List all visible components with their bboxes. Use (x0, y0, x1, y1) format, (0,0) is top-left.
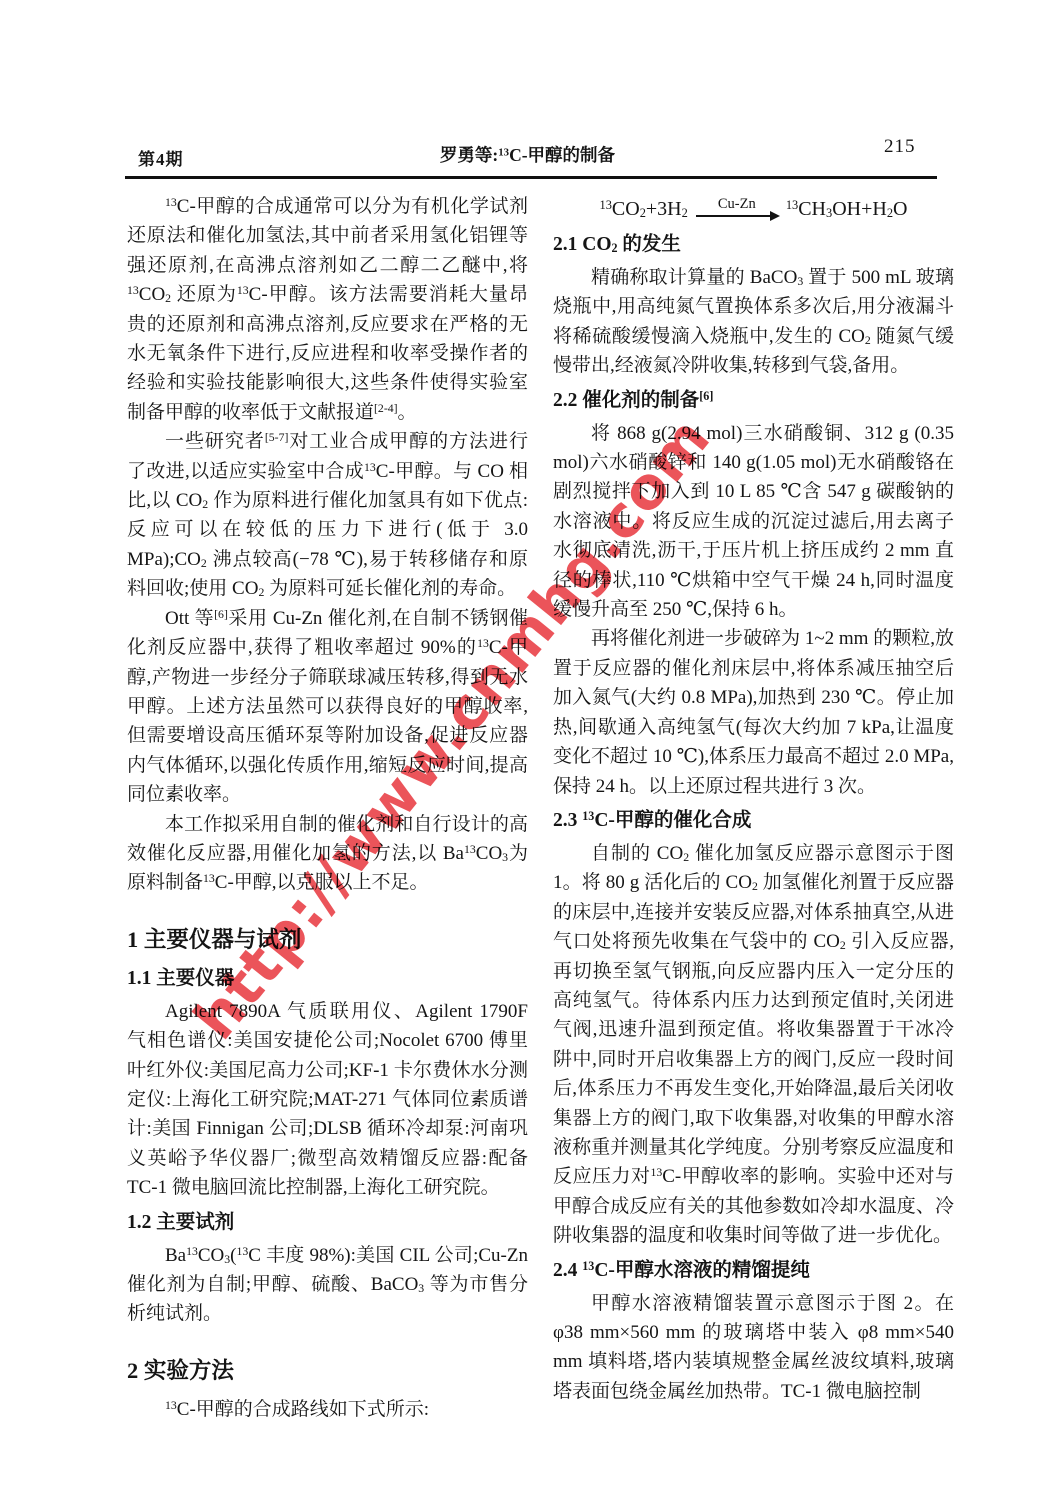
intro-paragraph-co2-advantages: 一些研究者[5-7]对工业合成甲醇的方法进行了改进,以适应实验室中合成13C-甲… (127, 427, 528, 603)
subsection-heading-distillation-purification: 2.4 13C-甲醇水溶液的精馏提纯 (553, 1256, 954, 1286)
subsection-heading-main-instruments: 1.1 主要仪器 (127, 964, 528, 994)
paragraph-instrument-list: Agilent 7890A 气质联用仪、Agilent 1790F 气相色谱仪:… (127, 997, 528, 1203)
equation-rhs: 13CH3OH+H2O (786, 196, 908, 222)
paragraph-catalytic-synthesis: 自制的 CO2 催化加氢反应器示意图示于图 1。将 80 g 活化后的 CO2 … (553, 839, 954, 1251)
right-column: 13CO2+3H2 Cu-Zn 13CH3OH+H2O 2.1 CO2 的发生 … (553, 192, 954, 1406)
reaction-arrow: Cu-Zn (696, 197, 778, 217)
intro-paragraph-this-work: 本工作拟采用自制的催化剂和自行设计的高效催化反应器,用催化加氢的方法,以 Ba1… (127, 810, 528, 898)
arrow-icon (696, 215, 778, 217)
paragraph-catalyst-reduction: 再将催化剂进一步破碎为 1~2 mm 的颗粒,放置于反应器的催化剂床层中,将体系… (553, 624, 954, 800)
intro-paragraph-ott-method: Ott 等[6]采用 Cu-Zn 催化剂,在自制不锈钢催化剂反应器中,获得了粗收… (127, 604, 528, 810)
reaction-equation: 13CO2+3H2 Cu-Zn 13CH3OH+H2O (553, 196, 954, 222)
journal-page: 第4期 罗勇等:13C-甲醇的制备 215 13C-甲醇的合成通常可以分为有机化… (0, 0, 1055, 1487)
subsection-heading-main-reagents: 1.2 主要试剂 (127, 1208, 528, 1238)
paragraph-synthesis-route-lead-in: 13C-甲醇的合成路线如下式所示: (127, 1395, 528, 1424)
intro-paragraph-synthesis-methods: 13C-甲醇的合成通常可以分为有机化学试剂还原法和催化加氢法,其中前者采用氢化铝… (127, 192, 528, 427)
paragraph-co2-generation: 精确称取计算量的 BaCO3 置于 500 mL 玻璃烧瓶中,用高纯氮气置换体系… (553, 263, 954, 381)
left-column: 13C-甲醇的合成通常可以分为有机化学试剂还原法和催化加氢法,其中前者采用氢化铝… (127, 192, 528, 1424)
subsection-heading-catalytic-synthesis: 2.3 13C-甲醇的催化合成 (553, 806, 954, 836)
header-rule (125, 176, 937, 179)
section-heading-instruments-reagents: 1 主要仪器与试剂 (127, 925, 528, 955)
page-number: 215 (884, 136, 916, 158)
equation-lhs: 13CO2+3H2 (600, 196, 688, 222)
catalyst-label: Cu-Zn (718, 197, 756, 212)
paragraph-distillation-setup: 甲醇水溶液精馏装置示意图示于图 2。在 φ38 mm×560 mm 的玻璃塔中装… (553, 1289, 954, 1407)
subsection-heading-catalyst-preparation: 2.2 催化剂的制备[6] (553, 386, 954, 416)
paragraph-catalyst-preparation: 将 868 g(2.94 mol)三水硝酸铜、312 g (0.35 mol)六… (553, 419, 954, 625)
subsection-heading-co2-generation: 2.1 CO2 的发生 (553, 230, 954, 260)
paragraph-reagent-list: Ba13CO3(13C 丰度 98%):美国 CIL 公司;Cu-Zn 催化剂为… (127, 1241, 528, 1329)
section-heading-experimental-method: 2 实验方法 (127, 1356, 528, 1386)
